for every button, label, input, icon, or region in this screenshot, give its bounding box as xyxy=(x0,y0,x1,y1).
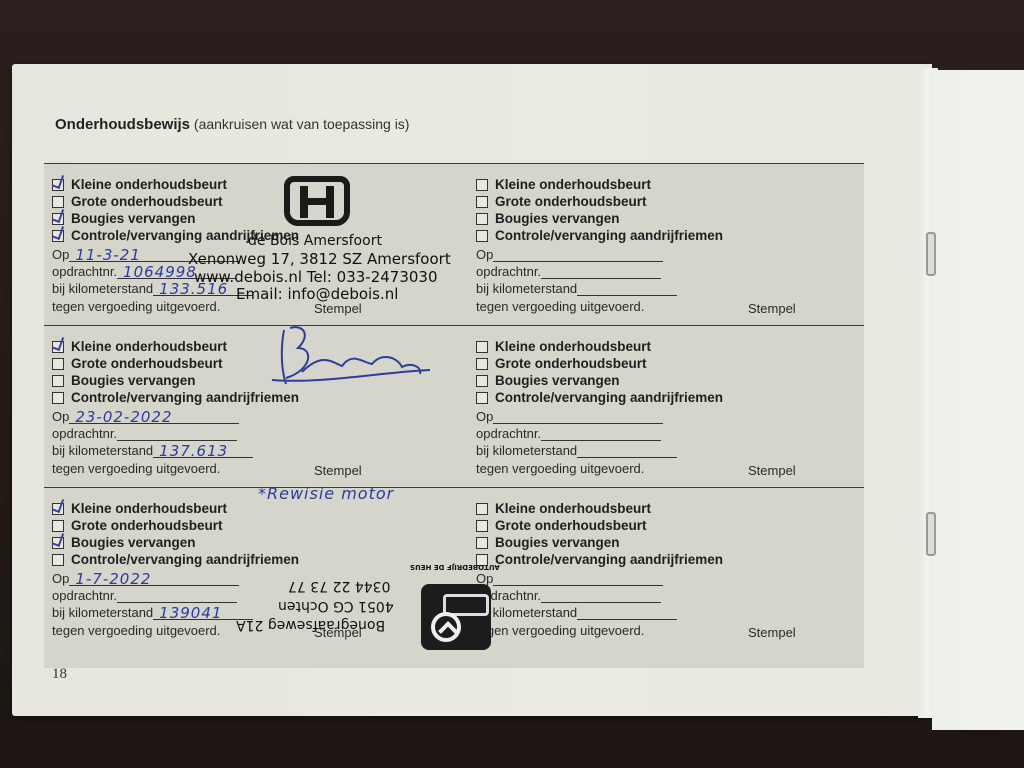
checklist-label: Bougies vervangen xyxy=(71,373,196,388)
divider xyxy=(44,487,864,488)
footer-label: tegen vergoeding uitgevoerd. xyxy=(52,623,220,638)
field-label: bij kilometerstand xyxy=(476,605,577,620)
checklist-item: Controle/vervanging aandrijfriemen xyxy=(52,390,299,405)
field-label: bij kilometerstand xyxy=(476,443,577,458)
field-line xyxy=(493,410,663,424)
checklist-item: Bougies vervangen xyxy=(52,535,196,550)
garage-stamp-phone: 0344 22 73 77 xyxy=(288,578,390,594)
dealer-stamp-name: de Bois Amersfoort xyxy=(248,233,382,249)
date-field[interactable]: Op xyxy=(476,409,663,424)
footer-label: tegen vergoeding uitgevoerd. xyxy=(476,623,644,638)
checklist-item: Controle/vervanging aandrijfriemen xyxy=(476,390,723,405)
checklist-item: Bougies vervangen xyxy=(476,535,620,550)
footer-text: tegen vergoeding uitgevoerd. xyxy=(52,461,220,476)
handwritten-value: 139041 xyxy=(159,604,222,622)
field-label: Op xyxy=(52,571,69,586)
honda-logo-icon xyxy=(284,176,350,226)
checklist-item: Grote onderhoudsbeurt xyxy=(476,518,647,533)
dealer-stamp-email: Email: info@debois.nl xyxy=(236,285,398,303)
handwritten-value: 137.613 xyxy=(159,442,228,460)
checkbox[interactable] xyxy=(52,554,64,566)
field-line xyxy=(541,589,661,603)
checklist-item: Kleine onderhoudsbeurt xyxy=(52,339,227,354)
field-line xyxy=(493,248,663,262)
checklist-item: Grote onderhoudsbeurt xyxy=(52,518,223,533)
checklist-label: Kleine onderhoudsbeurt xyxy=(495,501,651,516)
checklist-label: Kleine onderhoudsbeurt xyxy=(71,177,227,192)
checkbox[interactable] xyxy=(52,196,64,208)
booklet-right-page xyxy=(932,70,1024,730)
checklist-label: Bougies vervangen xyxy=(495,373,620,388)
date-field[interactable]: Op 23-02-2022 xyxy=(52,409,239,424)
footer-label: tegen vergoeding uitgevoerd. xyxy=(476,461,644,476)
field-label: Op xyxy=(52,247,69,262)
staple-icon xyxy=(926,512,936,556)
divider xyxy=(44,325,864,326)
garage-stamp-address: Bonegraafseweg 21A xyxy=(236,617,385,633)
field-line xyxy=(541,265,661,279)
checkbox[interactable] xyxy=(476,520,488,532)
checklist-item: Grote onderhoudsbeurt xyxy=(476,356,647,371)
order-number-field[interactable]: opdrachtnr. xyxy=(476,426,661,441)
checklist-item: Grote onderhoudsbeurt xyxy=(52,356,223,371)
field-line xyxy=(577,606,677,620)
garage-stamp-name: AUTOBEDRIJF DE HEUS xyxy=(410,563,500,571)
mileage-field[interactable]: bij kilometerstand xyxy=(476,443,677,458)
stamp-label: Stempel xyxy=(314,463,362,478)
field-label: bij kilometerstand xyxy=(476,281,577,296)
field-line: 23-02-2022 xyxy=(69,410,239,424)
dealer-stamp-web: www.debois.nl Tel: 033-2473030 xyxy=(194,268,438,286)
checklist-label: Kleine onderhoudsbeurt xyxy=(495,339,651,354)
checkbox[interactable] xyxy=(52,375,64,387)
order-number-field[interactable]: opdrachtnr. xyxy=(52,426,237,441)
checkbox[interactable] xyxy=(52,230,64,242)
order-number-field[interactable]: opdrachtnr. xyxy=(476,264,661,279)
checklist-label: Controle/vervanging aandrijfriemen xyxy=(495,390,723,405)
checklist-label: Kleine onderhoudsbeurt xyxy=(71,501,227,516)
checkbox[interactable] xyxy=(476,230,488,242)
signature-icon xyxy=(262,322,432,392)
checklist-label: Controle/vervanging aandrijfriemen xyxy=(71,390,299,405)
checkbox[interactable] xyxy=(476,375,488,387)
checklist-label: Bougies vervangen xyxy=(71,535,196,550)
checklist-label: Grote onderhoudsbeurt xyxy=(71,194,223,209)
stamp-label: Stempel xyxy=(748,463,796,478)
handwritten-note: *Rewisie motor xyxy=(258,484,394,503)
maintenance-entry-right-2: Kleine onderhoudsbeurt Grote onderhoudsb… xyxy=(468,327,868,487)
autobedrijf-logo-icon xyxy=(421,584,491,650)
checklist-item: Controle/vervanging aandrijfriemen xyxy=(52,552,299,567)
footer-text: tegen vergoeding uitgevoerd. xyxy=(476,461,644,476)
checklist-item: Bougies vervangen xyxy=(52,373,196,388)
checkbox[interactable] xyxy=(52,503,64,515)
garage-stamp-city: 4051 CG Ochten xyxy=(278,598,394,614)
date-field[interactable]: Op 1-7-2022 xyxy=(52,571,239,586)
checklist-item: Bougies vervangen xyxy=(52,211,196,226)
checklist-label: Grote onderhoudsbeurt xyxy=(71,356,223,371)
mileage-field[interactable]: bij kilometerstand 137.613 xyxy=(52,443,253,458)
date-field[interactable]: Op xyxy=(476,571,663,586)
page-title: Onderhoudsbewijs (aankruisen wat van toe… xyxy=(55,116,409,133)
checkbox[interactable] xyxy=(52,392,64,404)
checklist-item: Bougies vervangen xyxy=(476,373,620,388)
checkbox[interactable] xyxy=(476,179,488,191)
checkbox[interactable] xyxy=(52,341,64,353)
field-label: opdrachtnr. xyxy=(476,264,541,279)
checkbox[interactable] xyxy=(52,213,64,225)
checklist-label: Bougies vervangen xyxy=(71,211,196,226)
title-subtitle: (aankruisen wat van toepassing is) xyxy=(194,116,410,132)
checklist-item: Controle/vervanging aandrijfriemen xyxy=(476,552,723,567)
checklist-label: Controle/vervanging aandrijfriemen xyxy=(71,552,299,567)
field-line xyxy=(117,427,237,441)
mileage-field[interactable]: bij kilometerstand xyxy=(476,605,677,620)
field-line: 1-7-2022 xyxy=(69,572,239,586)
handwritten-value: 1064998 xyxy=(123,263,197,281)
field-label: bij kilometerstand xyxy=(52,605,153,620)
maintenance-entry-right-1: Kleine onderhoudsbeurt Grote onderhoudsb… xyxy=(468,165,868,325)
footer-text: tegen vergoeding uitgevoerd. xyxy=(52,623,220,638)
field-line xyxy=(577,444,677,458)
handwritten-value: 1-7-2022 xyxy=(75,570,151,588)
checkbox[interactable] xyxy=(52,358,64,370)
checklist-item: Kleine onderhoudsbeurt xyxy=(476,501,651,516)
checklist-label: Bougies vervangen xyxy=(495,535,620,550)
checkbox[interactable] xyxy=(476,503,488,515)
handwritten-value: 23-02-2022 xyxy=(75,408,172,426)
dealer-stamp-address: Xenonweg 17, 3812 SZ Amersfoort xyxy=(188,250,451,268)
footer-label: tegen vergoeding uitgevoerd. xyxy=(52,461,220,476)
field-label: bij kilometerstand xyxy=(52,281,153,296)
stamp-label: Stempel xyxy=(748,301,796,316)
checklist-label: Kleine onderhoudsbeurt xyxy=(71,339,227,354)
field-label: opdrachtnr. xyxy=(52,588,117,603)
checklist-item: Grote onderhoudsbeurt xyxy=(52,194,223,209)
stamp-label: Stempel xyxy=(748,625,796,640)
footer-text: tegen vergoeding uitgevoerd. xyxy=(476,623,644,638)
footer-label: tegen vergoeding uitgevoerd. xyxy=(476,299,644,314)
field-line xyxy=(577,282,677,296)
checklist-item: Kleine onderhoudsbeurt xyxy=(52,501,227,516)
field-line xyxy=(493,572,663,586)
checkbox[interactable] xyxy=(476,537,488,549)
checklist-item: Kleine onderhoudsbeurt xyxy=(476,177,651,192)
checklist-item: Controle/vervanging aandrijfriemen xyxy=(476,228,723,243)
handwritten-value: 11-3-21 xyxy=(75,246,141,264)
order-number-field[interactable]: opdrachtnr. xyxy=(52,588,237,603)
checklist-item: Kleine onderhoudsbeurt xyxy=(52,177,227,192)
checklist-item: Kleine onderhoudsbeurt xyxy=(476,339,651,354)
checkbox[interactable] xyxy=(52,537,64,549)
checkbox[interactable] xyxy=(476,392,488,404)
field-line xyxy=(541,427,661,441)
field-label: Op xyxy=(476,247,493,262)
field-line: 137.613 xyxy=(153,444,253,458)
checkbox[interactable] xyxy=(476,213,488,225)
maintenance-entry-right-3: Kleine onderhoudsbeurt Grote onderhoudsb… xyxy=(468,489,868,649)
checkbox[interactable] xyxy=(52,179,64,191)
field-label: opdrachtnr. xyxy=(476,426,541,441)
footer-text: tegen vergoeding uitgevoerd. xyxy=(476,299,644,314)
footer-label: tegen vergoeding uitgevoerd. xyxy=(52,299,220,314)
page-number: 18 xyxy=(52,666,67,683)
checklist-label: Grote onderhoudsbeurt xyxy=(495,518,647,533)
field-label: Op xyxy=(476,409,493,424)
checkbox[interactable] xyxy=(52,520,64,532)
staple-icon xyxy=(926,232,936,276)
checklist-label: Controle/vervanging aandrijfriemen xyxy=(495,552,723,567)
field-label: bij kilometerstand xyxy=(52,443,153,458)
footer-text: tegen vergoeding uitgevoerd. xyxy=(52,299,220,314)
checklist-item: Bougies vervangen xyxy=(476,211,620,226)
order-number-field[interactable]: opdrachtnr. xyxy=(476,588,661,603)
mileage-field[interactable]: bij kilometerstand 139041 xyxy=(52,605,253,620)
checklist-label: Grote onderhoudsbeurt xyxy=(495,194,647,209)
stamp-label: Stempel xyxy=(314,301,362,316)
checklist-label: Controle/vervanging aandrijfriemen xyxy=(495,228,723,243)
divider xyxy=(44,163,864,164)
field-label: opdrachtnr. xyxy=(52,426,117,441)
checklist-item: Grote onderhoudsbeurt xyxy=(476,194,647,209)
field-line xyxy=(117,589,237,603)
checklist-label: Bougies vervangen xyxy=(495,211,620,226)
field-label: opdrachtnr. xyxy=(52,264,117,279)
date-field[interactable]: Op xyxy=(476,247,663,262)
checkbox[interactable] xyxy=(476,196,488,208)
field-label: Op xyxy=(52,409,69,424)
checklist-label: Grote onderhoudsbeurt xyxy=(495,356,647,371)
title-text: Onderhoudsbewijs xyxy=(55,116,190,133)
checklist-label: Grote onderhoudsbeurt xyxy=(71,518,223,533)
checklist-label: Kleine onderhoudsbeurt xyxy=(495,177,651,192)
checkbox[interactable] xyxy=(476,341,488,353)
checkbox[interactable] xyxy=(476,358,488,370)
mileage-field[interactable]: bij kilometerstand xyxy=(476,281,677,296)
